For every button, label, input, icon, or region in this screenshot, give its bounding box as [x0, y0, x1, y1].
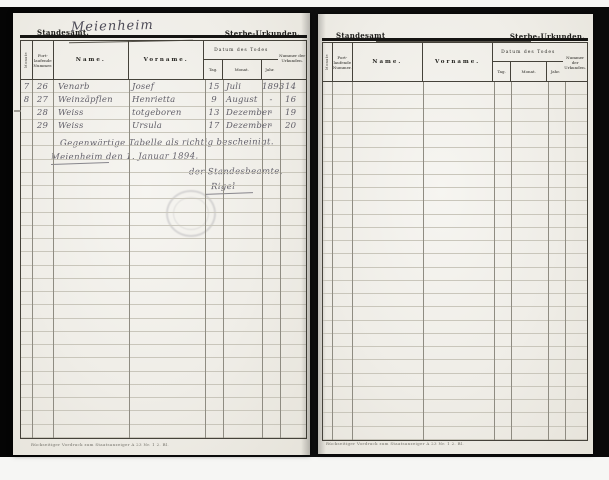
entry-year: - [262, 95, 280, 105]
office-name-handwritten: Meienheim [71, 18, 154, 35]
column-header-day: Tag. [493, 62, 510, 81]
header-rule [322, 38, 588, 41]
ledger-row [21, 199, 306, 212]
table-body [323, 82, 587, 440]
ledger-row [21, 252, 306, 265]
ledger-row [21, 239, 306, 252]
entry-serial: 27 [32, 95, 53, 105]
ledger-row [21, 279, 306, 292]
column-rule [332, 82, 333, 440]
ledger-row [21, 412, 306, 425]
ledger-row [21, 146, 306, 159]
column-rule [280, 80, 281, 438]
entry-day: 15 [205, 82, 223, 92]
ledger-row [21, 266, 306, 279]
entry-day: 13 [205, 108, 223, 118]
entry-name: Weiss [58, 108, 84, 118]
entry-month: 7 [21, 82, 32, 92]
table-body: Gegenwärtige Tabelle als richtig beschei… [21, 80, 306, 438]
column-header-certificate-number: Nummer der Urkunden. [563, 43, 587, 81]
register-table: Monate Fort- laufende Nummer. Name. Vorn… [322, 42, 588, 441]
entry-year: - [262, 108, 280, 118]
date-group-label: Datum des Todes [493, 43, 563, 62]
column-header-year: Jahr. [261, 60, 279, 79]
ledger-row [21, 425, 306, 438]
ledger-row [21, 358, 306, 371]
column-header-month-vertical: Monate [21, 41, 32, 79]
ledger-row [21, 398, 306, 411]
ledger-row [21, 213, 306, 226]
entry-month: 8 [21, 95, 32, 105]
date-group-label: Datum des Todes [204, 41, 278, 60]
ledger-row [21, 186, 306, 199]
column-header-name: Name. [53, 41, 128, 79]
ledger-row [21, 292, 306, 305]
entry-serial: 26 [32, 82, 53, 92]
entry-first-name: Ursula [132, 121, 162, 131]
register-table: Monate Fort- laufende Nummer. Name. Vorn… [20, 40, 307, 439]
scanned-register-spread: Standesamt. Meienheim Sterbe-Urkunden. M… [0, 0, 609, 480]
ledger-row [21, 345, 306, 358]
entry-month-name: August [226, 95, 258, 105]
column-rule [262, 80, 263, 438]
header-rule [20, 35, 307, 38]
column-header-name: Name. [352, 43, 422, 81]
register-page-left: Standesamt. Meienheim Sterbe-Urkunden. M… [13, 13, 310, 455]
column-rule [223, 80, 224, 438]
column-rule [352, 82, 353, 440]
register-page-right: Standesamt Sterbe-Urkunden. Monate Fort-… [318, 14, 593, 454]
table-header-row: Monate Fort- laufende Nummer. Name. Vorn… [21, 41, 306, 80]
entry-serial: 28 [32, 108, 53, 118]
column-rule [423, 82, 424, 440]
column-group-date-of-death: Datum des Todes Tag. Monat. Jahr. [203, 41, 278, 79]
column-rule [565, 82, 566, 440]
column-rule [129, 80, 130, 438]
entry-year: 1893 [262, 82, 280, 92]
column-rule [494, 82, 495, 440]
column-header-month-vertical: Monate [323, 43, 332, 81]
entry-first-name: Henrietta [132, 95, 175, 105]
column-rule [32, 80, 33, 438]
ledger-row [21, 385, 306, 398]
entry-day: 17 [205, 121, 223, 131]
column-header-first-name: Vorname. [128, 41, 203, 79]
entry-cert-no: 14 [285, 82, 296, 92]
ledger-row [21, 160, 306, 173]
table-header-row: Monate Fort- laufende Nummer. Name. Vorn… [323, 43, 587, 82]
column-group-date-of-death: Datum des Todes Tag. Monat. Jahr. [492, 43, 563, 81]
entry-day: 9 [205, 95, 223, 105]
column-rule [511, 82, 512, 440]
ledger-row [21, 226, 306, 239]
entry-name: Weinzäpflen [58, 95, 113, 105]
printer-imprint: Rückseitiger Vordruck zum Staatsanzeiger… [326, 441, 464, 446]
column-rule [205, 80, 206, 438]
ledger-row [21, 133, 306, 146]
column-rule [548, 82, 549, 440]
entry-first-name: Josef [132, 82, 154, 92]
column-header-month: Monat. [510, 62, 546, 81]
column-rule [53, 80, 54, 438]
column-header-day: Tag. [204, 60, 222, 79]
ledger-row [21, 305, 306, 318]
entry-year: - [262, 121, 280, 131]
entry-first-name: totgeboren [132, 108, 182, 118]
ledger-row [21, 372, 306, 385]
column-header-year: Jahr. [546, 62, 563, 81]
entry-cert-no: 19 [285, 108, 296, 118]
column-header-serial-number: Fort- laufende Nummer. [332, 43, 352, 81]
ledger-row [21, 319, 306, 332]
column-header-first-name: Vorname. [422, 43, 492, 81]
column-header-certificate-number: Nummer der Urkunden. [278, 41, 306, 79]
column-header-serial-number: Fort- laufende Nummer. [32, 41, 53, 79]
entry-name: Weiss [58, 121, 84, 131]
entry-cert-no: 20 [285, 121, 296, 131]
scan-artifact [14, 110, 21, 112]
ledger-row [21, 332, 306, 345]
entry-cert-no: 16 [285, 95, 296, 105]
entry-serial: 29 [32, 121, 53, 131]
ledger-row [21, 173, 306, 186]
entry-name: Venarb [58, 82, 90, 92]
entry-month-name: Juli [226, 82, 241, 92]
column-header-month: Monat. [222, 60, 260, 79]
printer-imprint: Rückseitiger Vordruck zum Staatsanzeiger… [31, 442, 169, 447]
